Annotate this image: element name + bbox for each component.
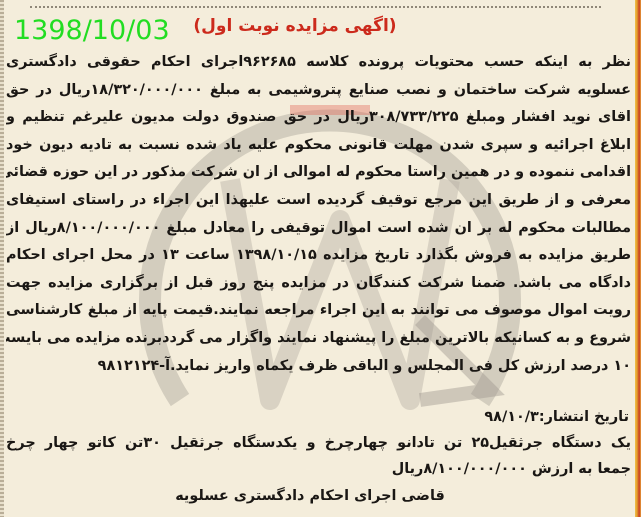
- body-line: دادگاه می باشد. ضمنا شرکت کنندگان در مزا…: [6, 270, 631, 298]
- body-line: طریق مزایده به فروش بگذارد تاریخ مزایده …: [6, 242, 631, 270]
- signature: قاضی اجرای احکام دادگستری عسلویه: [130, 484, 490, 508]
- stamp-date: 1398/10/03: [14, 15, 170, 47]
- right-border-strip: [635, 0, 641, 517]
- body-line: شروع و به کسانیکه بالاترین مبلغ را پیشنه…: [6, 325, 631, 353]
- notice-body: نظر به اینکه حسب محتویات پرونده کلاسه ۹۶…: [6, 49, 631, 380]
- body-line: اقای نوید افشار ومبلغ ۳۰۸/۷۳۳/۲۲۵ریال در…: [6, 104, 631, 132]
- body-line: رویت اموال موصوف می توانند به این اجراء …: [6, 297, 631, 325]
- left-scan-edge: [0, 0, 4, 517]
- body-line: معرفی و از طریق این مرجع توقیف گردیده اس…: [6, 187, 631, 215]
- newspaper-clipping: 1398/10/03 (اگهی مزایده نوبت اول) نظر به…: [0, 0, 641, 517]
- items-line: جمعا به ارزش ۸/۱۰۰/۰۰۰/۰۰۰ریال: [6, 456, 631, 482]
- body-line: عسلویه شرکت ساختمان و نصب صنایع پتروشیمی…: [6, 77, 631, 105]
- notice-title: (اگهی مزایده نوبت اول): [185, 13, 405, 39]
- body-line: ابلاغ اجرائیه و سپری شدن مهلت قانونی محک…: [6, 132, 631, 160]
- body-line: مطالبات محکوم له بر ان شده است اموال توق…: [6, 215, 631, 243]
- dotted-separator: [30, 6, 601, 8]
- auction-items: یک دستگاه جرثقیل۲۵ تن تادانو چهارچرخ و ی…: [6, 430, 631, 482]
- publication-date: تاریخ انتشار:۹۸/۱۰/۳: [484, 405, 629, 429]
- body-line: نظر به اینکه حسب محتویات پرونده کلاسه ۹۶…: [6, 49, 631, 77]
- body-line: اقدامی ننموده و در همین راستا محکوم له ا…: [6, 159, 631, 187]
- body-line: ۱۰ درصد ارزش کل فی المجلس و الباقی ظرف ی…: [6, 353, 631, 381]
- items-line: یک دستگاه جرثقیل۲۵ تن تادانو چهارچرخ و ی…: [6, 430, 631, 456]
